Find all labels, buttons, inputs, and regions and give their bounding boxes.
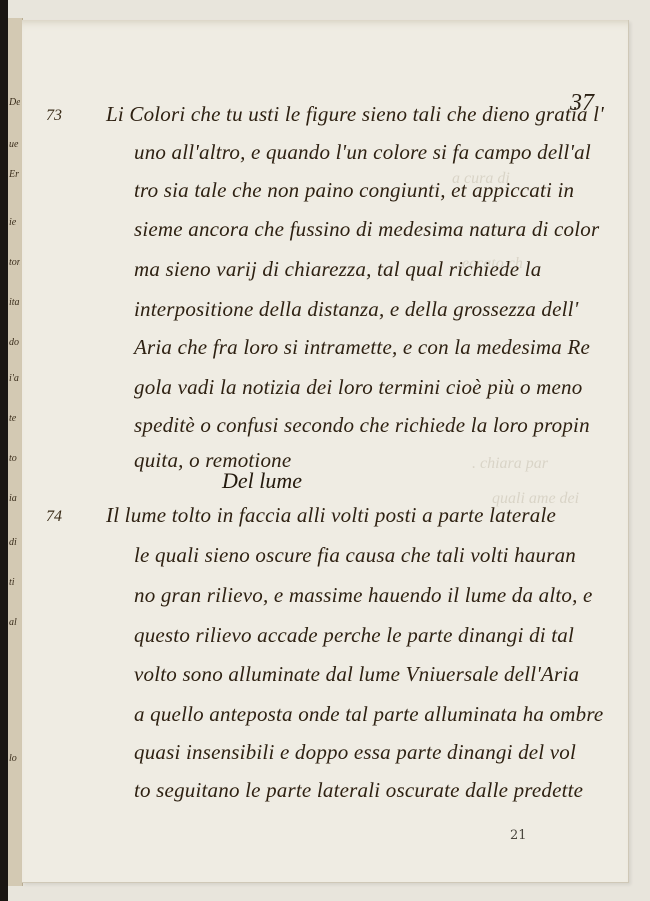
text-line: interpositione della distanza, e della g…: [134, 297, 578, 322]
margin-fragment: lo: [9, 754, 20, 764]
text-line: le quali sieno oscure fia causa che tali…: [134, 543, 576, 568]
text-line: Li Colori che tu usti le figure sieno ta…: [106, 102, 604, 127]
paragraph-number: 73: [46, 107, 62, 125]
text-line: gola vadi la notizia dei loro termini ci…: [134, 375, 582, 400]
margin-fragment: ue: [9, 140, 20, 150]
text-line: Aria che fra loro si intramette, e con l…: [134, 335, 590, 360]
text-line: to seguitano le parte laterali oscurate …: [134, 778, 583, 803]
margin-fragment: te: [9, 414, 20, 424]
paragraph-number: 74: [46, 508, 62, 526]
margin-fragment: al: [9, 618, 20, 628]
margin-fragment: i'a: [9, 374, 20, 384]
text-line: uno all'altro, e quando l'un colore si f…: [134, 140, 591, 165]
margin-fragment: Er: [9, 170, 20, 180]
margin-fragment: De: [9, 98, 20, 108]
book-binding-edge: [0, 0, 8, 901]
section-heading: Del lume: [222, 468, 302, 494]
margin-fragment: to: [9, 454, 20, 464]
text-line: speditè o confusi secondo che richiede l…: [134, 413, 590, 438]
text-line: Il lume tolto in faccia alli volti posti…: [106, 503, 556, 528]
margin-fragment: ie: [9, 218, 20, 228]
text-line: tro sia tale che non paino congiunti, et…: [134, 178, 574, 203]
manuscript-page: a cura di eccato ch . chiara par quali a…: [22, 20, 629, 883]
text-line: volto sono alluminate dal lume Vniuersal…: [134, 662, 579, 687]
text-line: ma sieno varij di chiarezza, tal qual ri…: [134, 257, 541, 282]
text-line: sieme ancora che fussino di medesima nat…: [134, 217, 599, 242]
printed-page-number: 21: [510, 828, 527, 843]
margin-fragment: ton: [9, 258, 20, 268]
text-line: no gran rilievo, e massime hauendo il lu…: [134, 583, 593, 608]
margin-fragment: ia: [9, 494, 20, 504]
margin-fragment: ti: [9, 578, 20, 588]
margin-fragment: di: [9, 538, 20, 548]
adjacent-page-margin: De ue Er ie ton ita do i'a te to ia di t…: [8, 18, 23, 886]
text-line: quasi insensibili e doppo essa parte din…: [134, 740, 576, 765]
margin-fragment: do: [9, 338, 20, 348]
margin-fragment: ita: [9, 298, 20, 308]
show-through-text: . chiara par: [472, 455, 548, 473]
text-line: questo rilievo accade perche le parte di…: [134, 623, 574, 648]
text-line: a quello anteposta onde tal parte allumi…: [134, 702, 603, 727]
